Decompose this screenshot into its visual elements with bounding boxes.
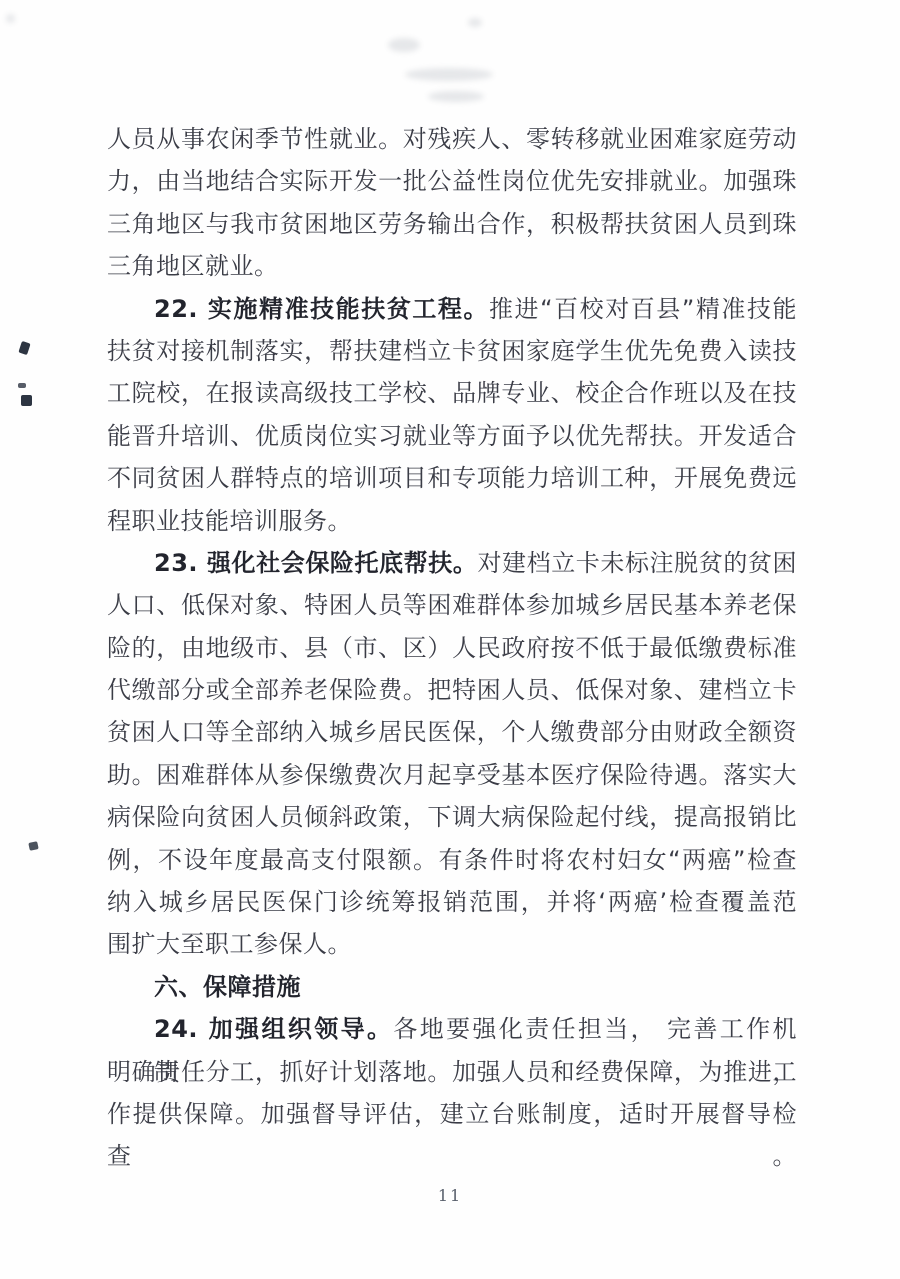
doc-line: 22. 实施精准技能扶贫工程。推进“百校对百县”精准技能 — [107, 288, 797, 330]
heading-segment: 22. 实施精准技能扶贫工程。 — [154, 295, 489, 323]
scan-smudge — [405, 68, 493, 81]
doc-line: 不同贫困人群特点的培训项目和专项能力培训工种，开展免费远 — [107, 457, 797, 499]
doc-line: 力，由当地结合实际开发一批公益性岗位优先安排就业。加强珠 — [107, 160, 797, 202]
doc-line: 助。困难群体从参保缴费次月起享受基本医疗保险待遇。落实大 — [107, 754, 797, 796]
scan-smudge — [388, 38, 420, 52]
text-segment: 纳入城乡居民医保门诊统筹报销范围，并将‘两癌’检查覆盖范 — [107, 888, 797, 916]
paragraph-section-6-heading: 六、保障措施 — [107, 966, 797, 1008]
text-segment: 助。困难群体从参保缴费次月起享受基本医疗保险待遇。落实大 — [107, 761, 797, 789]
scan-smudge — [428, 91, 484, 102]
text-segment: 人口、低保对象、特困人员等困难群体参加城乡居民基本养老保 — [107, 591, 797, 619]
doc-line: 明确责任分工，抓好计划落地。加强人员和经费保障，为推进工 — [107, 1051, 797, 1093]
doc-line: 23. 强化社会保险托底帮扶。对建档立卡未标注脱贫的贫困 — [107, 542, 797, 584]
document-body: 人员从事农闲季节性就业。对残疾人、零转移就业困难家庭劳动力，由当地结合实际开发一… — [107, 118, 797, 1135]
heading-segment: 24. 加强组织领导。 — [154, 1015, 393, 1043]
ink-speck — [18, 341, 30, 355]
doc-line: 人员从事农闲季节性就业。对残疾人、零转移就业困难家庭劳动 — [107, 118, 797, 160]
doc-line: 三角地区与我市贫困地区劳务输出合作，积极帮扶贫困人员到珠 — [107, 203, 797, 245]
ink-speck — [21, 395, 32, 406]
paragraph-item-23: 23. 强化社会保险托底帮扶。对建档立卡未标注脱贫的贫困人口、低保对象、特困人员… — [107, 542, 797, 966]
doc-line: 人口、低保对象、特困人员等困难群体参加城乡居民基本养老保 — [107, 584, 797, 626]
text-segment: 推进“百校对百县”精准技能 — [489, 295, 797, 323]
scan-smudge — [468, 18, 482, 27]
paragraph-item-24: 24. 加强组织领导。各地要强化责任担当， 完善工作机制，明确责任分工，抓好计划… — [107, 1008, 797, 1135]
doc-line: 扶贫对接机制落实，帮扶建档立卡贫困家庭学生优先免费入读技 — [107, 330, 797, 372]
text-segment: 三角地区就业。 — [107, 252, 279, 280]
text-segment: 能晋升培训、优质岗位实习就业等方面予以优先帮扶。开发适合 — [107, 422, 797, 450]
text-segment: 程职业技能培训服务。 — [107, 507, 352, 535]
heading-segment: 六、保障措施 — [154, 973, 301, 1001]
doc-line: 代缴部分或全部养老保险费。把特困人员、低保对象、建档立卡 — [107, 669, 797, 711]
doc-line: 例，不设年度最高支付限额。有条件时将农村妇女“两癌”检查 — [107, 839, 797, 881]
doc-line: 围扩大至职工参保人。 — [107, 923, 797, 965]
ink-speck — [18, 383, 26, 388]
doc-line: 贫困人口等全部纳入城乡居民医保，个人缴费部分由财政全额资 — [107, 711, 797, 753]
doc-line: 六、保障措施 — [107, 966, 797, 1008]
ink-speck — [28, 841, 38, 851]
scan-smudge — [6, 14, 15, 23]
text-segment: 工院校，在报读高级技工学校、品牌专业、校企合作班以及在技 — [107, 379, 797, 407]
text-segment: 作提供保障。加强督导评估，建立台账制度，适时开展督导检查。 — [107, 1100, 797, 1170]
text-segment: 例，不设年度最高支付限额。有条件时将农村妇女“两癌”检查 — [107, 846, 797, 874]
doc-line: 工院校，在报读高级技工学校、品牌专业、校企合作班以及在技 — [107, 372, 797, 414]
text-segment: 三角地区与我市贫困地区劳务输出合作，积极帮扶贫困人员到珠 — [107, 210, 797, 238]
doc-line: 能晋升培训、优质岗位实习就业等方面予以优先帮扶。开发适合 — [107, 415, 797, 457]
doc-line: 三角地区就业。 — [107, 245, 797, 287]
text-segment: 对建档立卡未标注脱贫的贫困 — [477, 549, 797, 577]
paragraph-continuation: 人员从事农闲季节性就业。对残疾人、零转移就业困难家庭劳动力，由当地结合实际开发一… — [107, 118, 797, 288]
paragraph-item-22: 22. 实施精准技能扶贫工程。推进“百校对百县”精准技能扶贫对接机制落实，帮扶建… — [107, 288, 797, 542]
text-segment: 代缴部分或全部养老保险费。把特困人员、低保对象、建档立卡 — [107, 676, 797, 704]
doc-line: 作提供保障。加强督导评估，建立台账制度，适时开展督导检查。 — [107, 1093, 797, 1135]
text-segment: 贫困人口等全部纳入城乡居民医保，个人缴费部分由财政全额资 — [107, 718, 797, 746]
document-page: 人员从事农闲季节性就业。对残疾人、零转移就业困难家庭劳动力，由当地结合实际开发一… — [0, 0, 900, 1279]
doc-line: 险的，由地级市、县（市、区）人民政府按不低于最低缴费标准 — [107, 627, 797, 669]
text-segment: 扶贫对接机制落实，帮扶建档立卡贫困家庭学生优先免费入读技 — [107, 337, 797, 365]
text-segment: 围扩大至职工参保人。 — [107, 930, 352, 958]
doc-line: 程职业技能培训服务。 — [107, 500, 797, 542]
text-segment: 明确责任分工，抓好计划落地。加强人员和经费保障，为推进工 — [107, 1058, 797, 1086]
doc-line: 病保险向贫困人员倾斜政策，下调大病保险起付线，提高报销比 — [107, 796, 797, 838]
text-segment: 力，由当地结合实际开发一批公益性岗位优先安排就业。加强珠 — [107, 167, 797, 195]
heading-segment: 23. 强化社会保险托底帮扶。 — [154, 549, 477, 577]
text-segment: 不同贫困人群特点的培训项目和专项能力培训工种，开展免费远 — [107, 464, 797, 492]
doc-line: 纳入城乡居民医保门诊统筹报销范围，并将‘两癌’检查覆盖范 — [107, 881, 797, 923]
page-number: 11 — [0, 1186, 900, 1205]
text-segment: 险的，由地级市、县（市、区）人民政府按不低于最低缴费标准 — [107, 634, 797, 662]
text-segment: 病保险向贫困人员倾斜政策，下调大病保险起付线，提高报销比 — [107, 803, 797, 831]
doc-line: 24. 加强组织领导。各地要强化责任担当， 完善工作机制， — [107, 1008, 797, 1050]
text-segment: 人员从事农闲季节性就业。对残疾人、零转移就业困难家庭劳动 — [107, 125, 797, 153]
